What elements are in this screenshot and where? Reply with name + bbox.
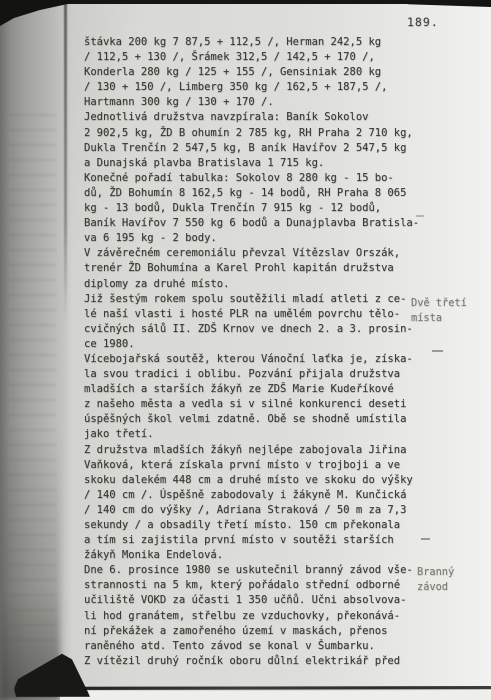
body-text: štávka 200 kg 7 87,5 + 112,5 /, Herman 2… bbox=[84, 35, 419, 669]
smudge-artifact bbox=[421, 538, 430, 540]
margin-note-two-third-places: Dvě třetí místa bbox=[411, 296, 467, 326]
scanned-page: 189. štávka 200 kg 7 87,5 + 112,5 /, Her… bbox=[0, 0, 491, 700]
scan-top-right-corner bbox=[396, 0, 491, 7]
smudge-artifact bbox=[432, 350, 443, 352]
page-fold-line bbox=[64, 0, 67, 320]
margin-note-defense-race: Branný závod bbox=[417, 565, 454, 595]
smudge-artifact bbox=[416, 215, 424, 217]
page-bottom-edge-line bbox=[66, 686, 491, 690]
page-number: 189. bbox=[407, 15, 439, 29]
page-bottom-margin bbox=[60, 691, 491, 700]
gutter-bottom-shadow bbox=[0, 430, 60, 700]
